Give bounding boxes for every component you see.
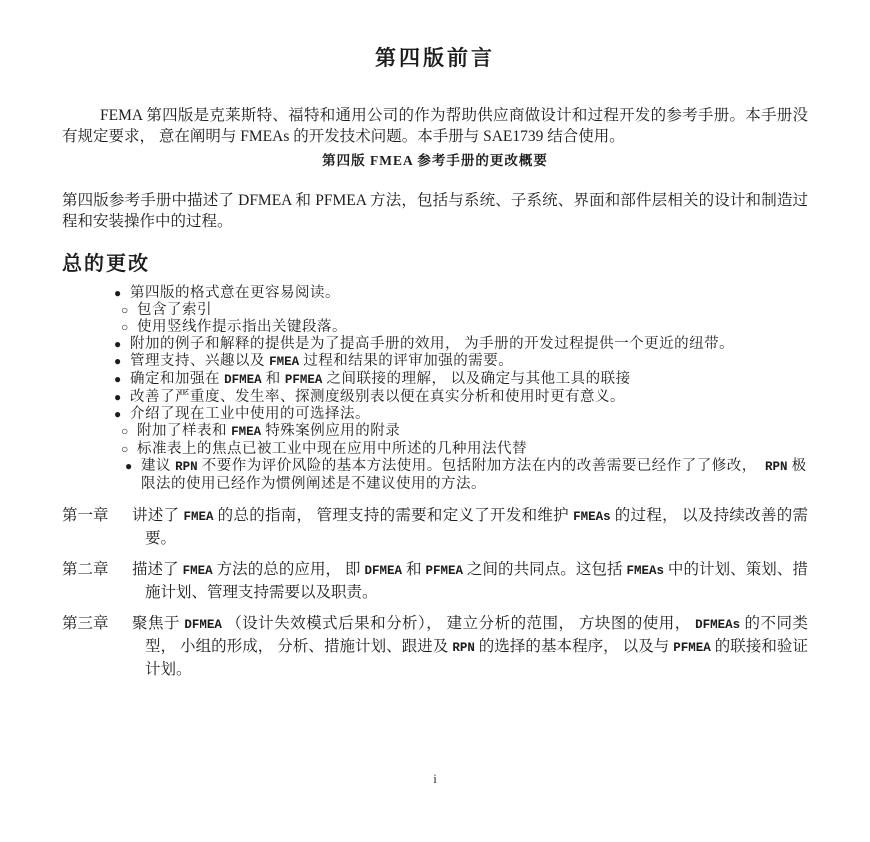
change-list-item: ●改善了严重度、发生率、探测度级别表以便在真实分析和使用时更有意义。 (114, 389, 808, 406)
acronym-text: FMEAs (626, 564, 664, 578)
change-item-text: 附加了样表和 FMEA 特殊案例应用的附录 (137, 423, 400, 439)
change-list-item: ●第四版的格式意在更容易阅读。 (114, 285, 808, 302)
acronym-text: DFMEA (224, 373, 262, 387)
change-item-text: 改善了严重度、发生率、探测度级别表以便在真实分析和使用时更有意义。 (130, 389, 625, 405)
page-number: i (0, 771, 870, 787)
hollow-bullet-icon: ○ (121, 319, 137, 336)
change-list-item: ●附加的例子和解释的提供是为了提高手册的效用， 为手册的开发过程提供一个更近的纽… (114, 336, 808, 353)
filled-bullet-icon: ● (114, 285, 130, 302)
acronym-text: FMEA (269, 355, 299, 369)
change-list-item: ●管理支持、兴趣以及 FMEA 过程和结果的评审加强的需要。 (114, 353, 808, 371)
change-item-text: 标准表上的焦点已被工业中现在应用中所述的几种用法代替 (137, 441, 527, 457)
chapter-label: 第一章 (62, 505, 132, 549)
page-title: 第四版前言 (62, 42, 808, 72)
acronym-text: DFMEAs (695, 618, 740, 632)
change-list-item: ○标准表上的焦点已被工业中现在应用中所述的几种用法代替 (121, 441, 808, 458)
change-list-item: ○附加了样表和 FMEA 特殊案例应用的附录 (121, 423, 808, 441)
chapter-text: 描述了 FMEA 方法的总的应用， 即 DFMEA 和 PFMEA 之间的共同点… (132, 559, 808, 603)
filled-bullet-icon: ● (114, 371, 130, 388)
change-item-text: 管理支持、兴趣以及 FMEA 过程和结果的评审加强的需要。 (130, 353, 513, 369)
acronym-text: PFMEA (425, 564, 463, 578)
change-list-item: ●建议 RPN 不要作为评价风险的基本方法使用。包括附加方法在内的改善需要已经作… (125, 458, 808, 493)
acronym-text: DFMEA (184, 618, 222, 632)
chapter-text: 讲述了 FMEA 的总的指南， 管理支持的需要和定义了开发和维护 FMEAs 的… (132, 505, 808, 549)
chapter-summaries: 第一章讲述了 FMEA 的总的指南， 管理支持的需要和定义了开发和维护 FMEA… (62, 505, 808, 680)
chapter-label: 第三章 (62, 613, 132, 680)
general-changes-list: ●第四版的格式意在更容易阅读。○包含了索引○使用竖线作提示指出关键段落。●附加的… (62, 285, 808, 493)
change-item-text: 包含了索引 (137, 302, 212, 318)
acronym-text: PFMEA (673, 641, 711, 655)
change-item-text: 介绍了现在工业中使用的可选择法。 (130, 406, 370, 422)
intro-paragraph: FEMA 第四版是克莱斯特、福特和通用公司的作为帮助供应商做设计和过程开发的参考… (62, 105, 808, 147)
filled-bullet-icon: ● (114, 353, 130, 370)
filled-bullet-icon: ● (125, 458, 141, 475)
acronym-text: RPN (175, 460, 198, 474)
change-item-text: 附加的例子和解释的提供是为了提高手册的效用， 为手册的开发过程提供一个更近的纽带… (130, 336, 734, 352)
chapter-summary: 第一章讲述了 FMEA 的总的指南， 管理支持的需要和定义了开发和维护 FMEA… (62, 505, 808, 549)
document-page: 第四版前言 FEMA 第四版是克莱斯特、福特和通用公司的作为帮助供应商做设计和过… (0, 0, 870, 842)
hollow-bullet-icon: ○ (121, 423, 137, 440)
general-changes-heading: 总的更改 (62, 247, 808, 276)
change-item-text: 建议 RPN 不要作为评价风险的基本方法使用。包括附加方法在内的改善需要已经作了… (141, 458, 807, 492)
hollow-bullet-icon: ○ (121, 302, 137, 319)
chapter-text: 聚焦于 DFMEA （设计失效模式后果和分析）， 建立分析的范围， 方块图的使用… (132, 613, 808, 680)
chapter-summary: 第三章聚焦于 DFMEA （设计失效模式后果和分析）， 建立分析的范围， 方块图… (62, 613, 808, 680)
acronym-text: DFMEA (365, 564, 403, 578)
change-item-text: 确定和加强在 DFMEA 和 PFMEA 之间联接的理解， 以及确定与其他工具的… (130, 371, 631, 387)
hollow-bullet-icon: ○ (121, 441, 137, 458)
acronym-text: FMEA (231, 425, 261, 439)
acronym-text: RPN (765, 460, 788, 474)
chapter-summary: 第二章描述了 FMEA 方法的总的应用， 即 DFMEA 和 PFMEA 之间的… (62, 559, 808, 603)
acronym-text: FMEA (183, 564, 213, 578)
change-list-item: ●介绍了现在工业中使用的可选择法。 (114, 406, 808, 423)
filled-bullet-icon: ● (114, 406, 130, 423)
acronym-text: FMEAs (573, 510, 611, 524)
acronym-text: PFMEA (285, 373, 323, 387)
scope-paragraph: 第四版参考手册中描述了 DFMEA 和 PFMEA 方法，包括与系统、子系统、界… (62, 190, 808, 232)
change-item-text: 第四版的格式意在更容易阅读。 (130, 285, 340, 301)
changes-summary-subtitle: 第四版 FMEA 参考手册的更改概要 (62, 149, 808, 169)
change-list-item: ○包含了索引 (121, 302, 808, 319)
acronym-text: FMEA (184, 510, 214, 524)
change-item-text: 使用竖线作提示指出关键段落。 (137, 319, 347, 335)
acronym-text: RPN (452, 641, 475, 655)
filled-bullet-icon: ● (114, 336, 130, 353)
chapter-label: 第二章 (62, 559, 132, 603)
change-list-item: ●确定和加强在 DFMEA 和 PFMEA 之间联接的理解， 以及确定与其他工具… (114, 371, 808, 389)
filled-bullet-icon: ● (114, 389, 130, 406)
change-list-item: ○使用竖线作提示指出关键段落。 (121, 319, 808, 336)
